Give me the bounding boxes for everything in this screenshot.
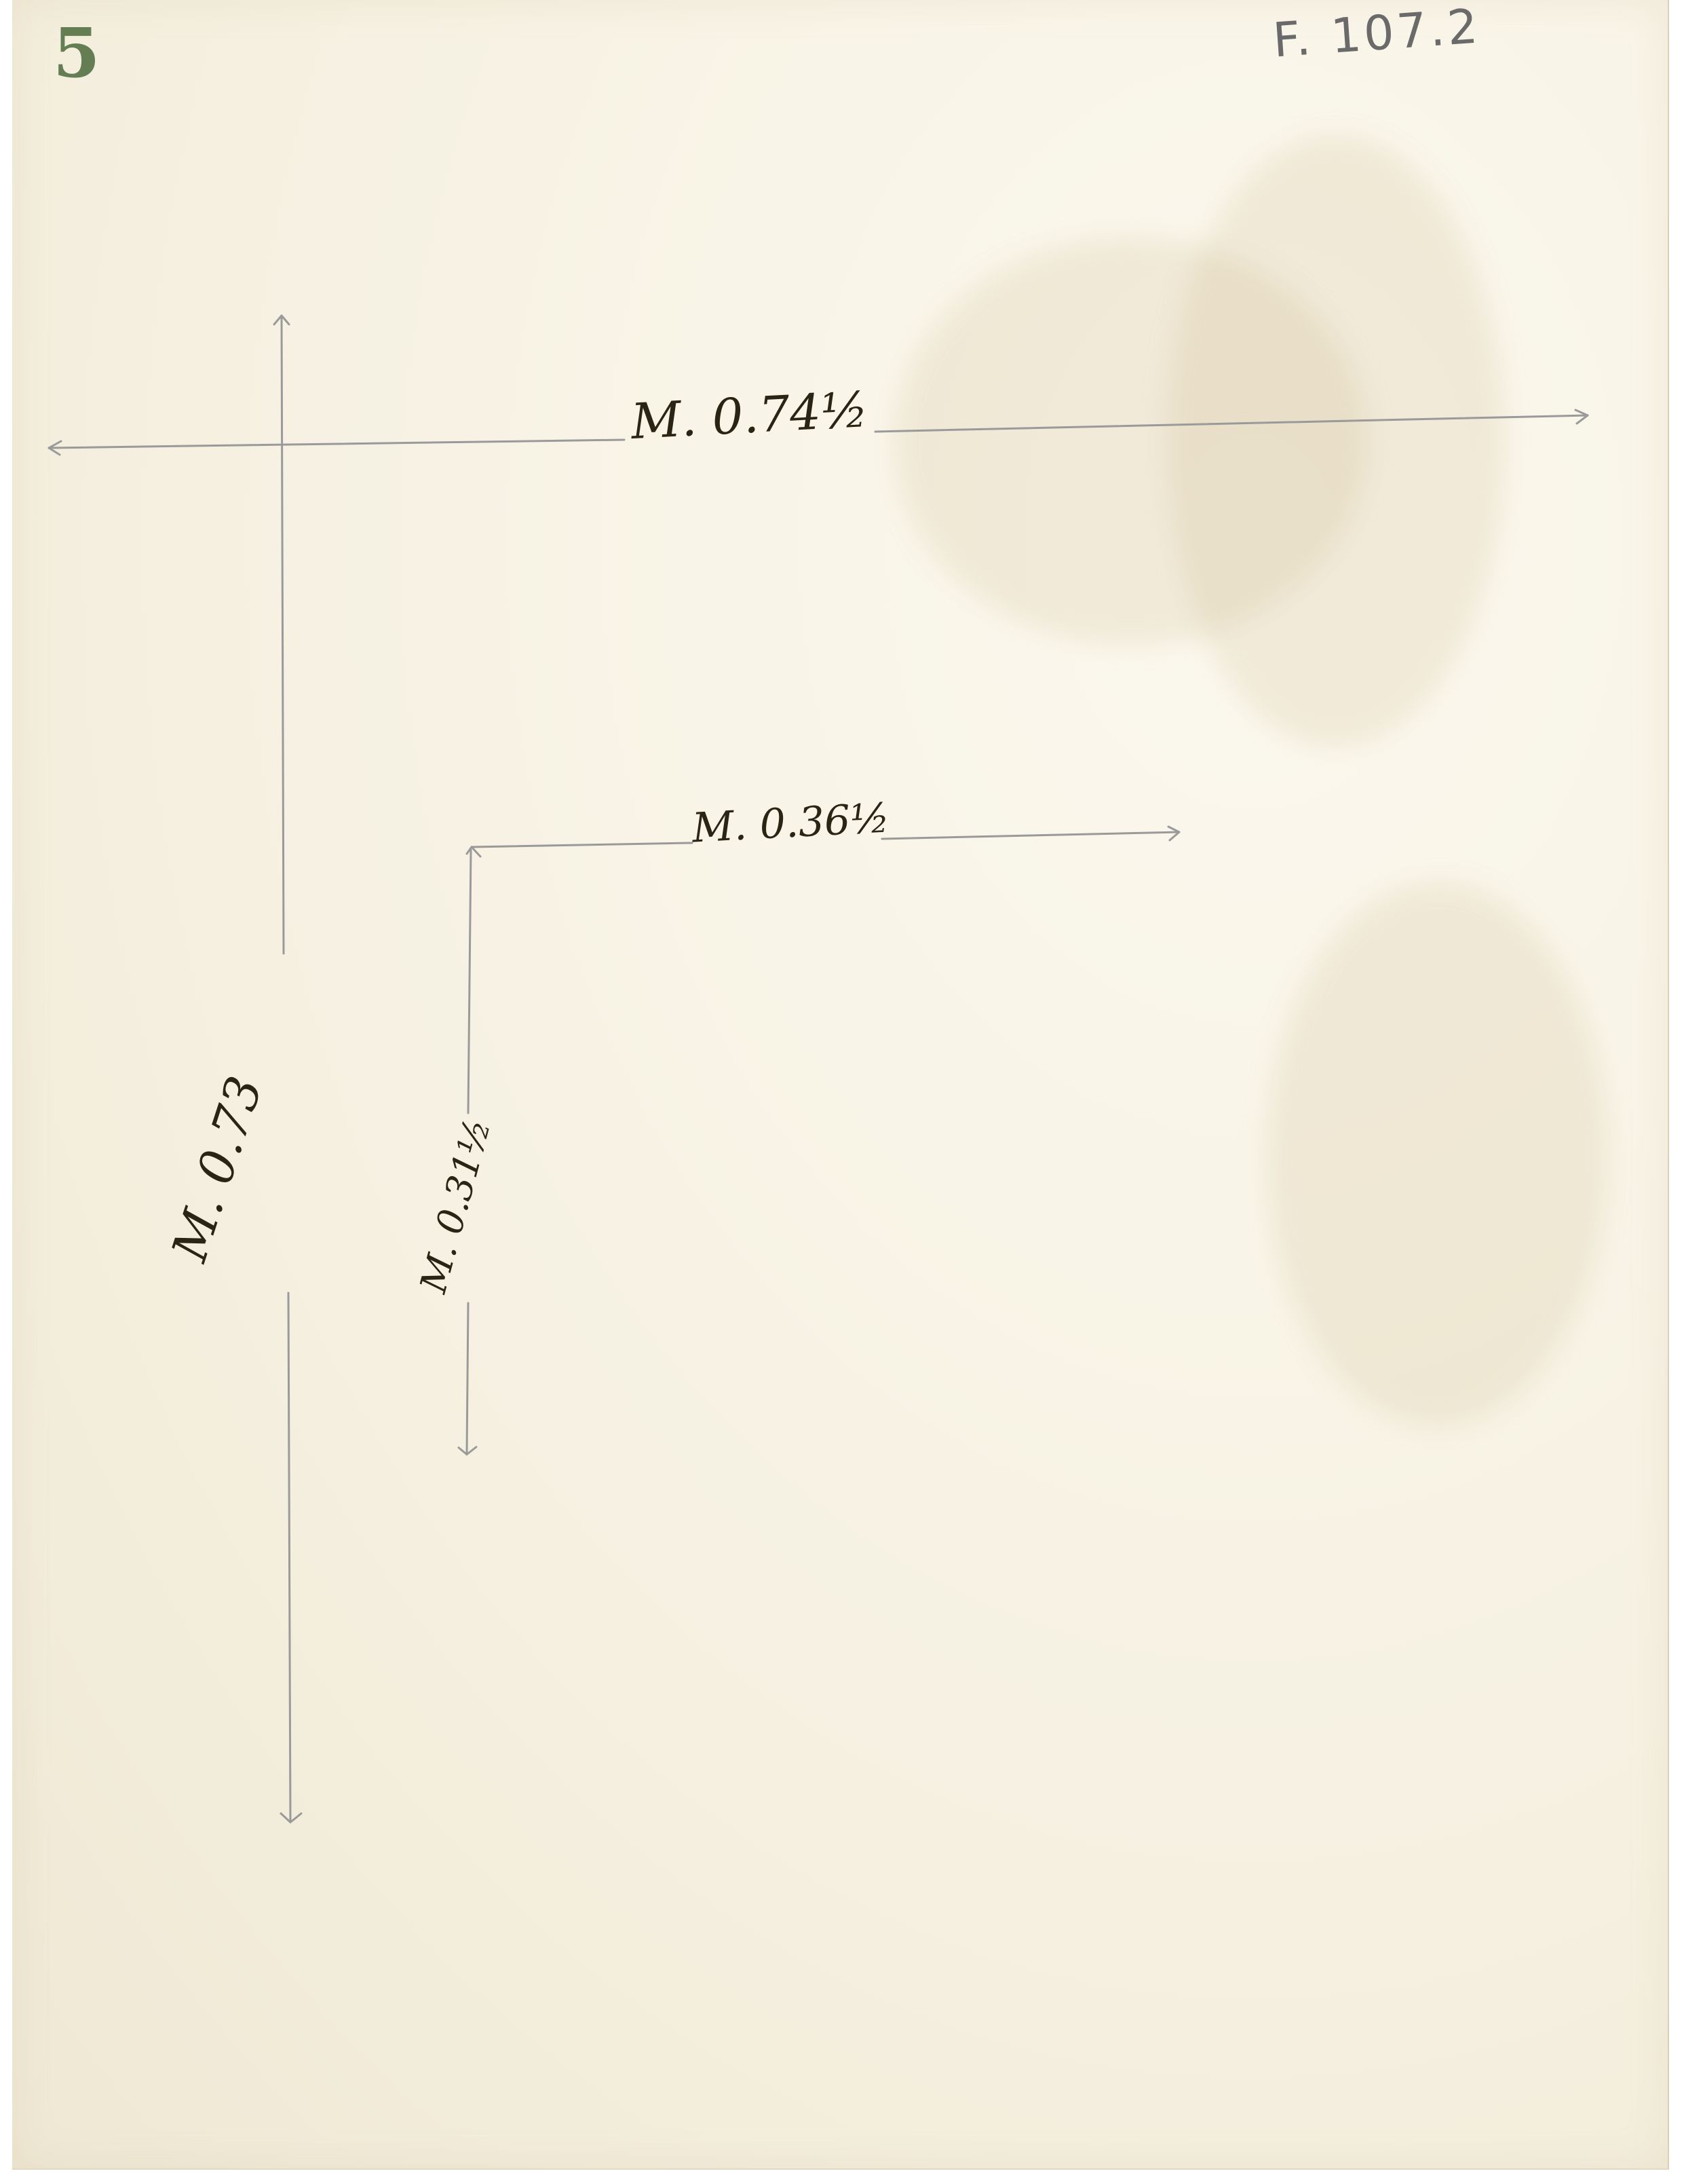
outer-height-line-bottom [288,1293,290,1822]
inner-height-line-top [468,850,471,1113]
inner-width-line-right [882,832,1179,839]
inner-height-line-bottom [467,1303,468,1454]
arrow-right-icon [1575,410,1588,423]
arrow-right-icon [1168,827,1179,840]
outer-width-line-left [49,440,624,448]
outer-width-line-right [875,415,1588,432]
corner-arrow-icon [467,847,480,856]
outer-height-line-top [282,316,284,954]
inner-width-line-left [472,843,692,847]
